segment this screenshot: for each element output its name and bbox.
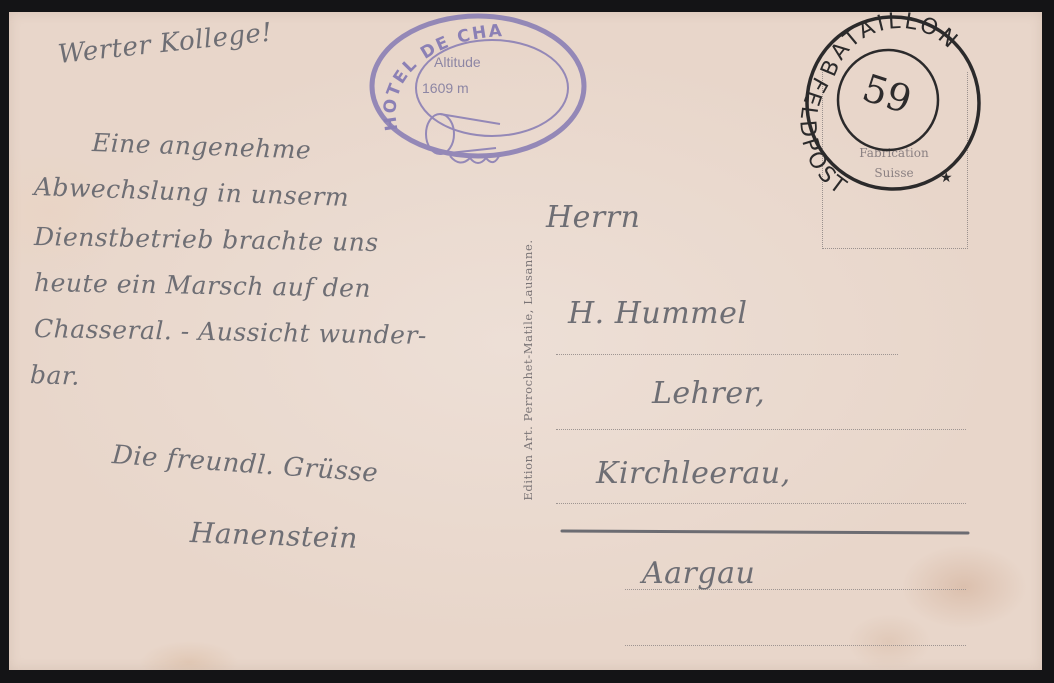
address-line-1 — [556, 354, 898, 355]
message-signature: Hanenstein — [189, 516, 358, 555]
address-line-5 — [625, 645, 966, 646]
publisher-imprint: Edition Art. Perrochet-Matile, Lausanne. — [521, 239, 535, 500]
message-line: bar. — [29, 360, 80, 391]
message-line: Dienstbetrieb brachte uns — [34, 222, 379, 257]
address-canton: Aargau — [642, 556, 755, 591]
address-town: Kirchleerau, — [596, 456, 791, 491]
stamp-box-text-line-2: Suisse — [822, 166, 966, 180]
message-line: heute ein Marsch auf den — [34, 268, 372, 303]
address-name: H. Hummel — [568, 296, 747, 331]
stamp-box-text-line-1: Fabrication — [822, 146, 966, 160]
address-line-2 — [556, 429, 966, 430]
address-salutation: Herrn — [546, 200, 640, 235]
address-line-3 — [556, 503, 966, 504]
hotel-altitude-value: 1609 m — [422, 80, 469, 96]
hotel-altitude-label: Altitude — [434, 54, 481, 70]
address-occupation: Lehrer, — [652, 376, 765, 411]
